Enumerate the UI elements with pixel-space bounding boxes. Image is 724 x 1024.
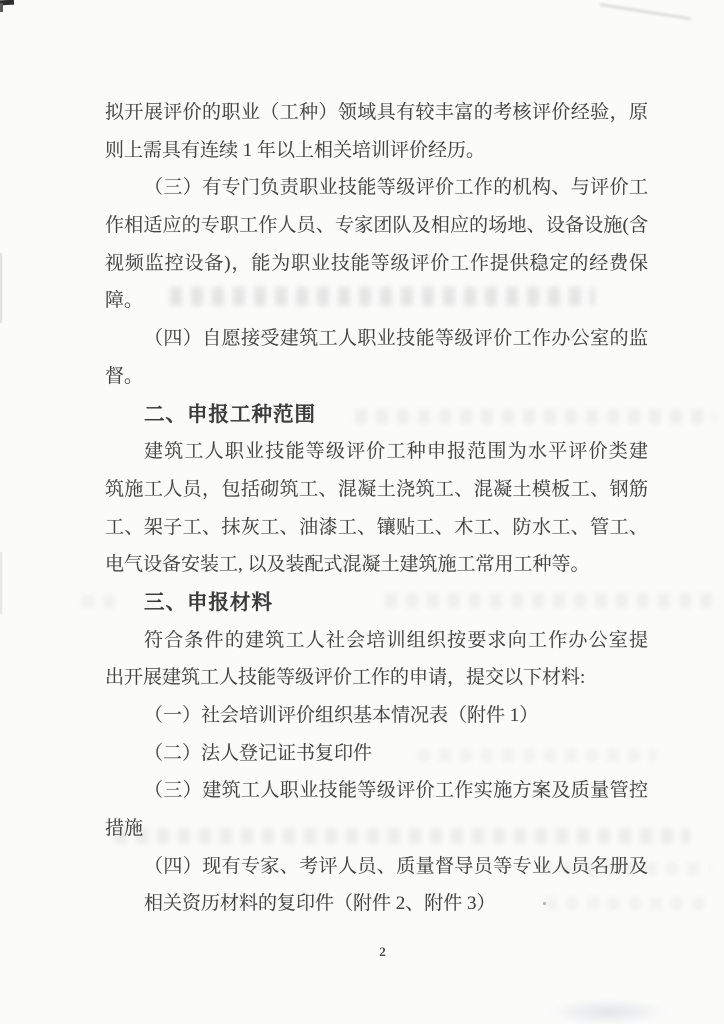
document-page: 拟开展评价的职业（工种）领域具有较丰富的考核评价经验，原则上需具有连续 1 年以… xyxy=(0,0,724,1024)
section-heading: 三、申报材料 xyxy=(105,584,648,622)
document-line: （四）自愿接受建筑工人职业技能等级评价工作办公室的监 xyxy=(105,320,648,358)
document-line: 工、架子工、抹灰工、油漆工、镶贴工、木工、防水工、管工、 xyxy=(105,509,648,547)
document-line: 措施 xyxy=(105,810,648,848)
document-line: 作相适应的专职工作人员、专家团队及相应的场地、设备设施(含 xyxy=(105,207,648,245)
document-line: 视频监控设备)，能为职业技能等级评价工作提供稳定的经费保 xyxy=(105,245,648,283)
scan-corner-mark xyxy=(0,3,3,12)
document-line: 拟开展评价的职业（工种）领域具有较丰富的考核评价经验，原 xyxy=(105,94,648,132)
document-line: 电气设备安装工, 以及装配式混凝土建筑施工常用工种等。 xyxy=(105,546,648,584)
scan-edge-artifact xyxy=(0,552,2,614)
document-line: 符合条件的建筑工人社会培训组织按要求向工作办公室提 xyxy=(105,622,648,660)
document-line: 障。 xyxy=(105,282,648,320)
page-number: 2 xyxy=(340,944,425,960)
scan-edge-artifact xyxy=(0,253,2,323)
scan-scratch-artifact xyxy=(600,3,691,20)
document-line: （三）建筑工人职业技能等级评价工作实施方案及质量管控 xyxy=(105,772,648,810)
document-line: 则上需具有连续 1 年以上相关培训评价经历。 xyxy=(105,132,648,170)
document-line: （一）社会培训评价组织基本情况表（附件 1） xyxy=(105,697,648,735)
document-line: 建筑工人职业技能等级评价工种申报范围为水平评价类建 xyxy=(105,433,648,471)
document-line: （四）现有专家、考评人员、质量督导员等专业人员名册及 xyxy=(105,848,648,886)
section-heading: 二、申报工种范围 xyxy=(105,396,648,434)
scan-smudge xyxy=(548,998,668,1024)
document-line: 督。 xyxy=(105,358,648,396)
document-line: 筑施工人员，包括砌筑工、混凝土浇筑工、混凝土模板工、钢筋 xyxy=(105,471,648,509)
document-line: 相关资历材料的复印件（附件 2、附件 3） xyxy=(105,885,648,923)
document-body: 拟开展评价的职业（工种）领域具有较丰富的考核评价经验，原则上需具有连续 1 年以… xyxy=(105,94,648,923)
document-line: 出开展建筑工人技能等级评价工作的申请，提交以下材料: xyxy=(105,659,648,697)
document-line: （二）法人登记证书复印件 xyxy=(105,735,648,773)
document-line: （三）有专门负责职业技能等级评价工作的机构、与评价工 xyxy=(105,169,648,207)
